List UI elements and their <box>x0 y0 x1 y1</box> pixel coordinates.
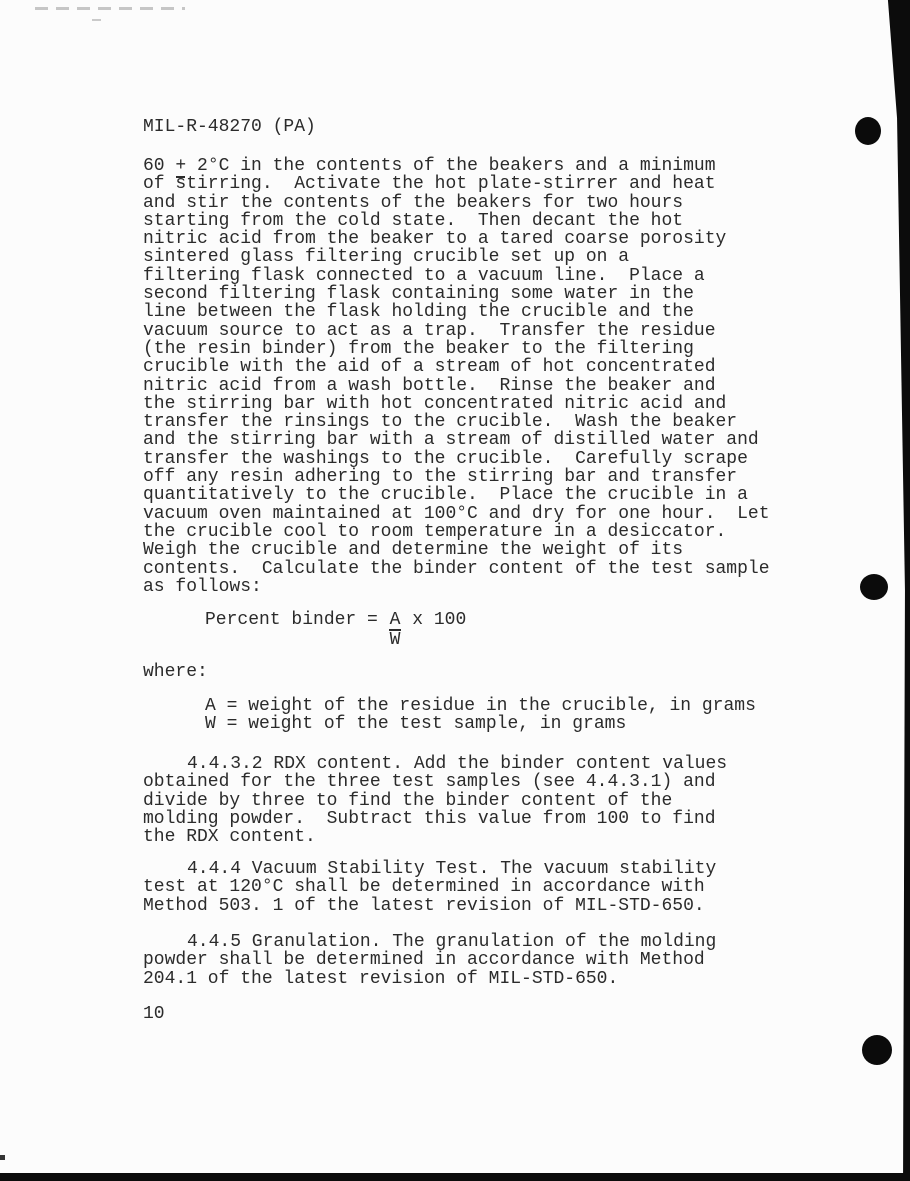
text-segment: 2°C in the contents of the beakers and a… <box>186 156 715 176</box>
text-line: of stirring. Activate the hot plate-stir… <box>143 175 770 193</box>
formula-rhs: x 100 <box>401 610 466 630</box>
page-number-block: 10 <box>143 1005 165 1023</box>
text-line: 4.4.5 Granulation. The granulation of th… <box>143 933 716 951</box>
formula-percent-binder: Percent binder = AW x 100 <box>205 611 466 650</box>
text-line: the stirring bar with hot concentrated n… <box>143 395 770 413</box>
text-line: molding powder. Subtract this value from… <box>143 810 727 828</box>
doc-number: MIL-R-48270 (PA) <box>143 118 316 136</box>
text-line: starting from the cold state. Then decan… <box>143 212 770 230</box>
text-line: obtained for the three test samples (see… <box>143 773 727 791</box>
text-line: divide by three to find the binder conte… <box>143 792 727 810</box>
text-line: vacuum oven maintained at 100°C and dry … <box>143 505 770 523</box>
scan-edge-strip <box>886 0 910 1181</box>
text-line: Method 503. 1 of the latest revision of … <box>143 897 716 915</box>
scan-bottom-bar <box>0 1173 910 1181</box>
where-label: where: <box>143 663 208 681</box>
text-line: 4.4.4 Vacuum Stability Test. The vacuum … <box>143 860 716 878</box>
text-line: sintered glass filtering crucible set up… <box>143 248 770 266</box>
text-line: Weigh the crucible and determine the wei… <box>143 541 770 559</box>
plus-minus-symbol: + <box>175 157 186 175</box>
definition-line: W = weight of the test sample, in grams <box>205 715 756 733</box>
scan-smudge-small <box>92 19 101 21</box>
scan-smudge-top <box>35 7 185 10</box>
text-line: filtering flask connected to a vacuum li… <box>143 267 770 285</box>
document-header: MIL-R-48270 (PA) <box>143 118 316 136</box>
hole-punch-dot <box>860 574 888 600</box>
fraction: AW <box>389 611 402 650</box>
variable-definitions: A = weight of the residue in the crucibl… <box>205 697 756 734</box>
text-line: transfer the rinsings to the crucible. W… <box>143 413 770 431</box>
text-line: second filtering flask containing some w… <box>143 285 770 303</box>
where-label-block: where: <box>143 663 208 681</box>
text-line: transfer the washings to the crucible. C… <box>143 450 770 468</box>
text-line: line between the flask holding the cruci… <box>143 303 770 321</box>
text-line: crucible with the aid of a stream of hot… <box>143 358 770 376</box>
section-4-4-4: 4.4.4 Vacuum Stability Test. The vacuum … <box>143 860 716 915</box>
text-line: the crucible cool to room temperature in… <box>143 523 770 541</box>
text-line: 4.4.3.2 RDX content. Add the binder cont… <box>143 755 727 773</box>
definition-line: A = weight of the residue in the crucibl… <box>205 697 756 715</box>
text-segment: 60 <box>143 156 175 176</box>
text-line: 60 + 2°C in the contents of the beakers … <box>143 157 770 175</box>
text-line: as follows: <box>143 578 770 596</box>
hole-punch-dot <box>862 1035 892 1065</box>
text-line: test at 120°C shall be determined in acc… <box>143 878 716 896</box>
section-4-4-5: 4.4.5 Granulation. The granulation of th… <box>143 933 716 988</box>
text-line: and the stirring bar with a stream of di… <box>143 431 770 449</box>
text-line: (the resin binder) from the beaker to th… <box>143 340 770 358</box>
formula-lhs: Percent binder = <box>205 610 389 630</box>
text-line: the RDX content. <box>143 828 727 846</box>
text-line: quantitatively to the crucible. Place th… <box>143 486 770 504</box>
formula-line: Percent binder = AW x 100 <box>205 611 466 650</box>
hole-punch-dot <box>855 117 881 145</box>
scan-speck <box>0 1155 5 1160</box>
paragraph-main: 60 + 2°C in the contents of the beakers … <box>143 157 770 596</box>
text-line: contents. Calculate the binder content o… <box>143 560 770 578</box>
text-line: 204.1 of the latest revision of MIL-STD-… <box>143 970 716 988</box>
text-line: off any resin adhering to the stirring b… <box>143 468 770 486</box>
page-number: 10 <box>143 1005 165 1023</box>
text-line: and stir the contents of the beakers for… <box>143 194 770 212</box>
text-line: nitric acid from the beaker to a tared c… <box>143 230 770 248</box>
fraction-numerator: A <box>389 611 402 631</box>
section-4-4-3-2: 4.4.3.2 RDX content. Add the binder cont… <box>143 755 727 846</box>
text-line: powder shall be determined in accordance… <box>143 951 716 969</box>
text-line: vacuum source to act as a trap. Transfer… <box>143 322 770 340</box>
scanned-document-page: MIL-R-48270 (PA) 60 + 2°C in the content… <box>0 0 910 1181</box>
text-line: nitric acid from a wash bottle. Rinse th… <box>143 377 770 395</box>
fraction-denominator: W <box>389 631 402 649</box>
